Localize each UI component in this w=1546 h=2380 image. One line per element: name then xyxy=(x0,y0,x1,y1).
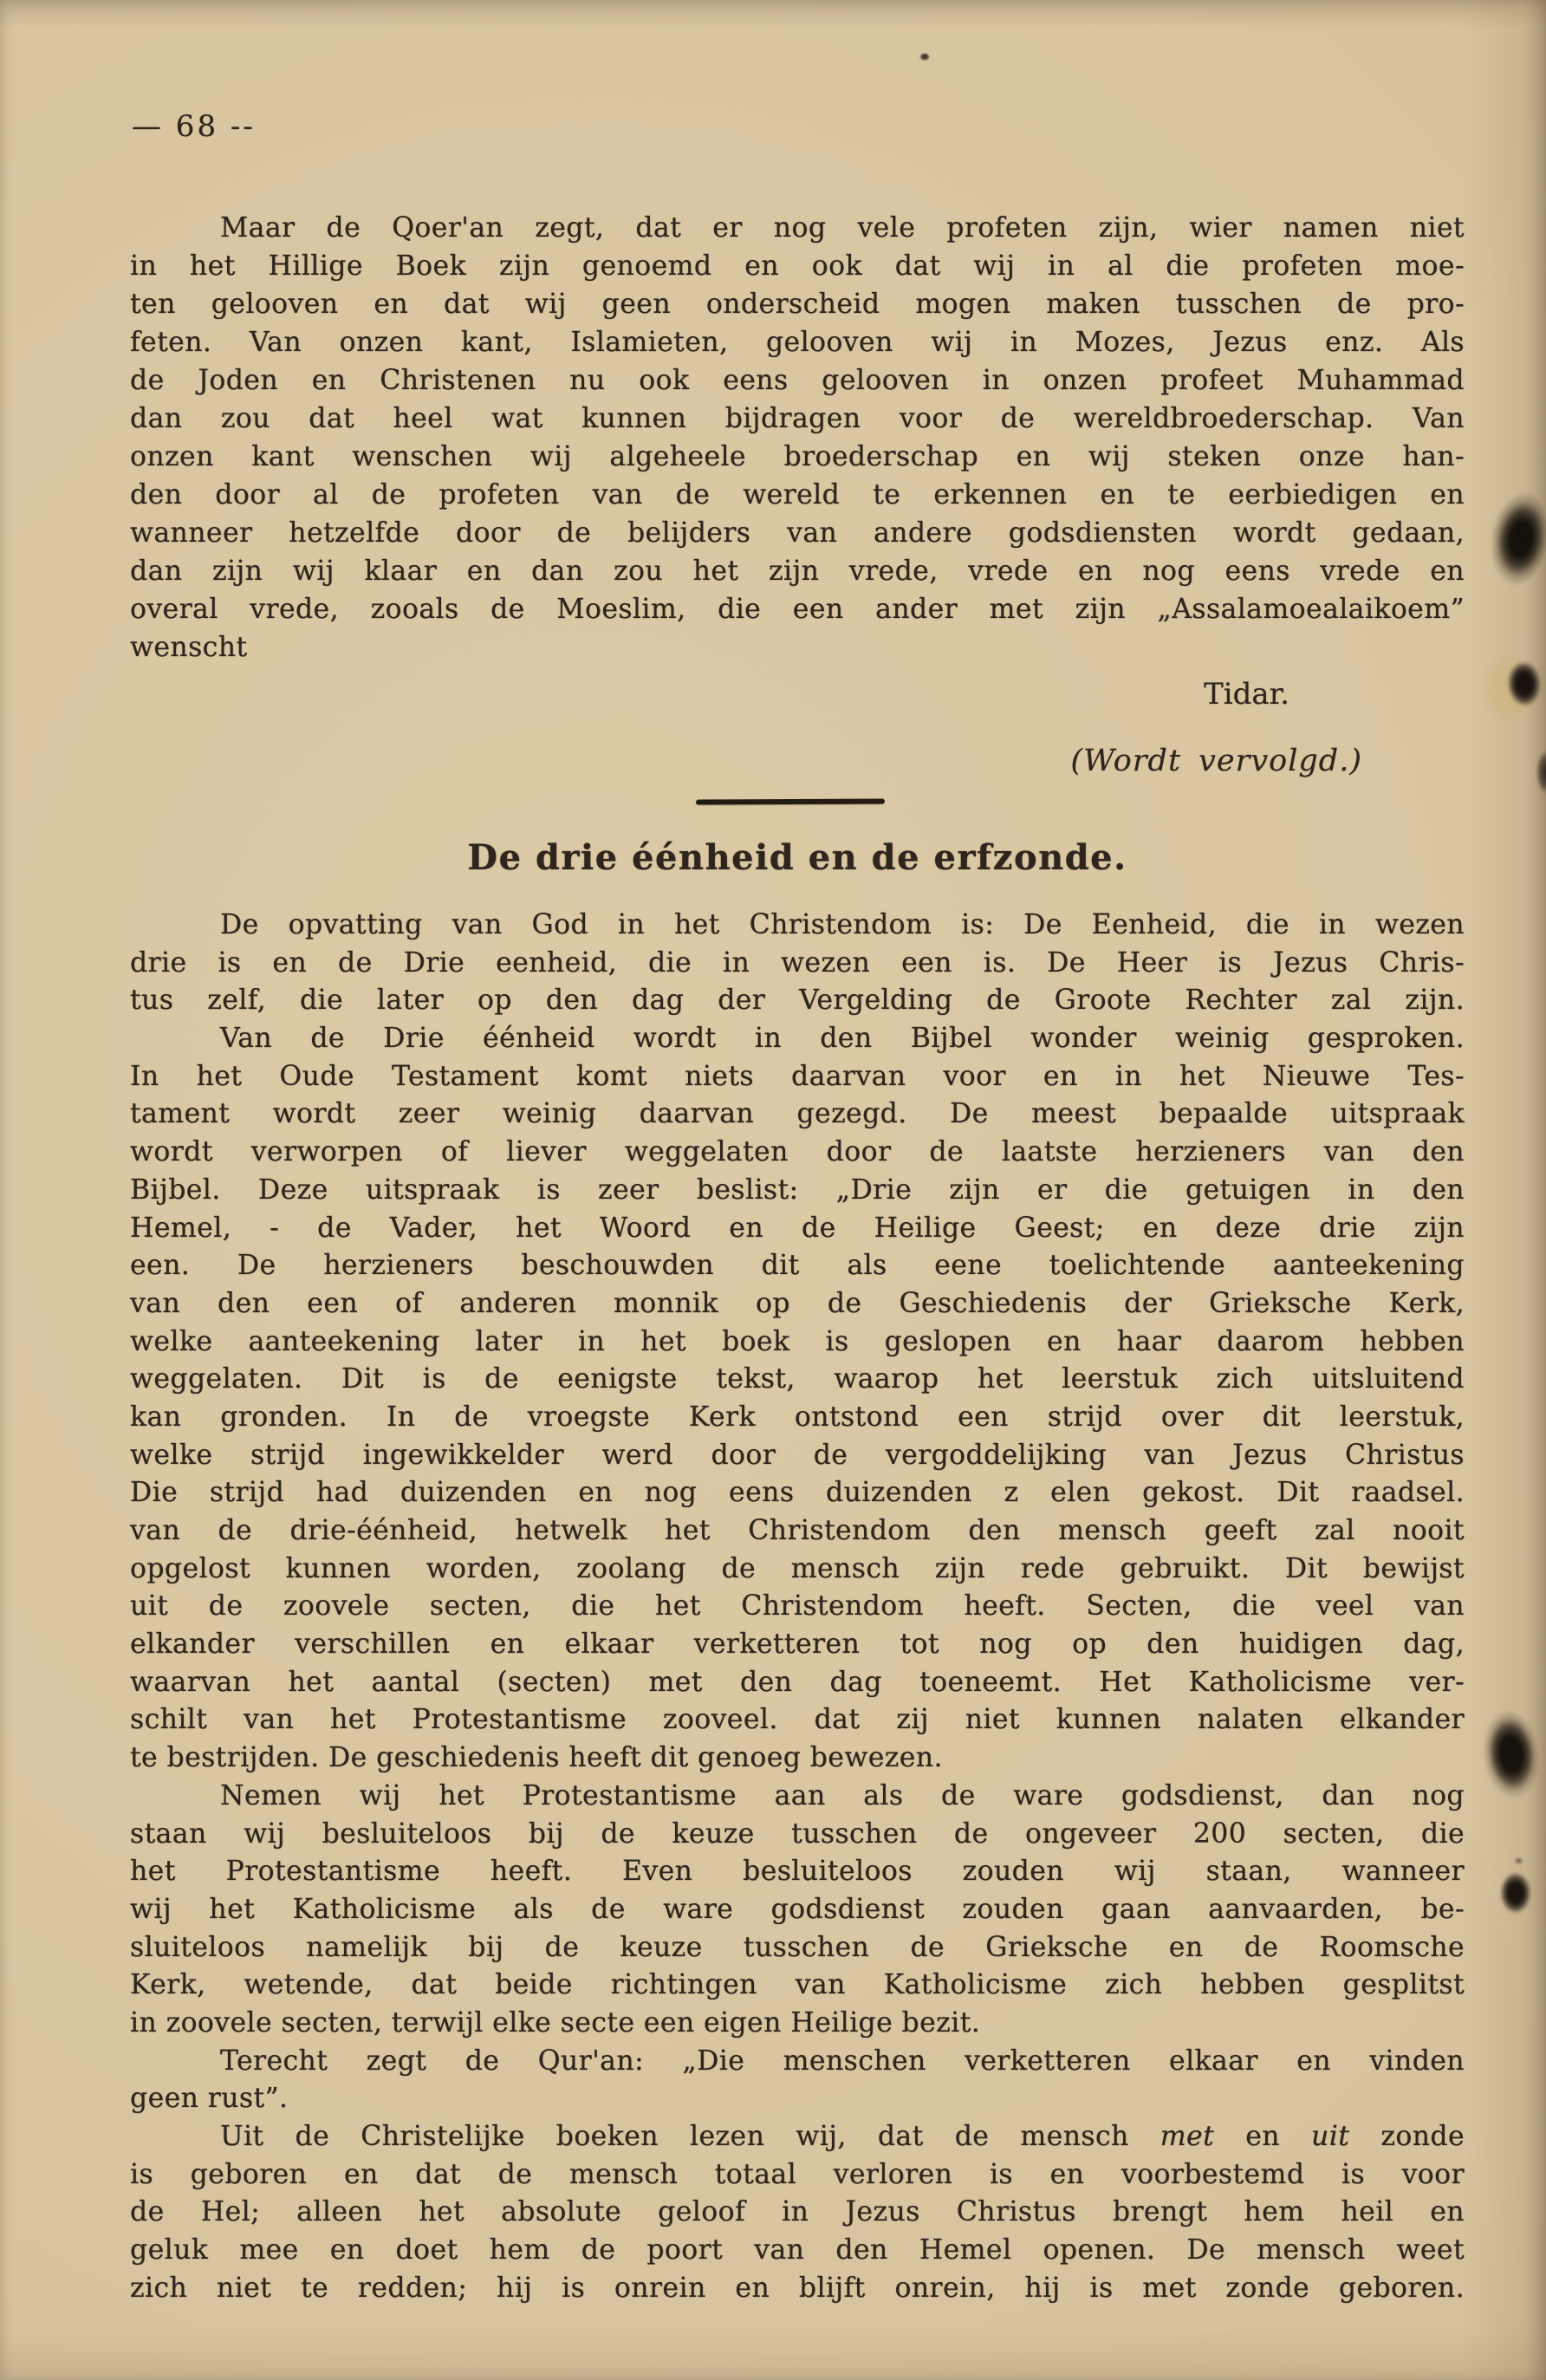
text-line: staan wij besluiteloos bij de keuze tuss… xyxy=(130,1816,1465,1854)
text-line: te bestrijden. De geschiedenis heeft dit… xyxy=(130,1739,1465,1778)
text-line: geen rust”. xyxy=(130,2080,1465,2118)
text-line: in zoovele secten, terwijl elke secte ee… xyxy=(130,2005,1465,2043)
text-line: In het Oude Testament komt niets daarvan… xyxy=(130,1058,1465,1096)
text-line: drie is en de Drie eenheid, die in wezen… xyxy=(130,945,1465,983)
text-line: is geboren en dat de mensch totaal verlo… xyxy=(130,2156,1465,2195)
article-2-body: De opvatting van God in het Christendom … xyxy=(130,907,1465,2307)
text-line: Die strijd had duizenden en nog eens dui… xyxy=(130,1474,1465,1512)
text-line: weggelaten. Dit is de eenigste tekst, wa… xyxy=(130,1361,1465,1399)
text-line: feten. Van onzen kant, Islamieten, geloo… xyxy=(130,323,1465,361)
ink-blot xyxy=(1534,745,1546,799)
italic-word: met xyxy=(1160,2121,1214,2152)
text-line: wij het Katholicisme als de ware godsdie… xyxy=(130,1891,1465,1929)
text-line: van de drie-éénheid, hetwelk het Christe… xyxy=(130,1512,1465,1551)
scanned-page: { "page": { "number": "— 68 --" }, "colo… xyxy=(0,0,1546,2380)
text-line: Terecht zegt de Qur'an: „Die menschen ve… xyxy=(130,2043,1465,2081)
text-line: elkander verschillen en elkaar verketter… xyxy=(130,1626,1465,1664)
paper-speck xyxy=(1513,1857,1524,1865)
text-line: Uit de Christelijke boeken lezen wij, da… xyxy=(130,2118,1465,2156)
ink-blot xyxy=(1480,486,1546,590)
text-line: De opvatting van God in het Christendom … xyxy=(130,907,1465,945)
text-line: tament wordt zeer weinig daarvan gezegd.… xyxy=(130,1096,1465,1134)
text-line: Kerk, wetende, dat beide richtingen van … xyxy=(130,1967,1465,2005)
text-line: de Hel; alleen het absolute geloof in Je… xyxy=(130,2194,1465,2232)
text-line: kan gronden. In de vroegste Kerk ontston… xyxy=(130,1399,1465,1437)
article-1-paragraph: Maar de Qoer'an zegt, dat er nog vele pr… xyxy=(130,209,1465,667)
text-line: een. De herzieners beschouwden dit als e… xyxy=(130,1247,1465,1285)
text-segment: en xyxy=(1214,2121,1311,2152)
text-line: uit de zoovele secten, die het Christend… xyxy=(130,1588,1465,1626)
text-line: in het Hillige Boek zijn genoemd en ook … xyxy=(130,247,1465,285)
text-line: opgelost kunnen worden, zoolang de mensc… xyxy=(130,1551,1465,1589)
text-line: dan zou dat heel wat kunnen bijdragen vo… xyxy=(130,400,1465,438)
text-line: geluk mee en doet hem de poort van den H… xyxy=(130,2232,1465,2270)
text-line: den door al de profeten van de wereld te… xyxy=(130,476,1465,514)
ink-blot xyxy=(1478,1708,1544,1804)
text-line: Nemen wij het Protestantisme aan als de … xyxy=(130,1778,1465,1816)
text-line: van den een of anderen monnik op de Gesc… xyxy=(130,1285,1465,1323)
text-line: wanneer hetzelfde door de belijders van … xyxy=(130,514,1465,552)
section-divider-rule xyxy=(696,798,885,804)
text-line: wordt verworpen of liever weggelaten doo… xyxy=(130,1134,1465,1172)
text-line: Bijbel. Deze uitspraak is zeer beslist: … xyxy=(130,1172,1465,1210)
text-line: Maar de Qoer'an zegt, dat er nog vele pr… xyxy=(130,209,1465,247)
continuation-notice: (Wordt vervolgd.) xyxy=(130,744,1465,778)
author-signature: Tidar. xyxy=(130,677,1465,712)
text-line: wenscht xyxy=(130,628,1465,667)
text-line: het Protestantisme heeft. Even besluitel… xyxy=(130,1853,1465,1891)
text-line: onzen kant wenschen wij algeheele broede… xyxy=(130,438,1465,476)
text-line: welke strijd ingewikkelder werd door de … xyxy=(130,1437,1465,1475)
text-line: de Joden en Christenen nu ook eens geloo… xyxy=(130,361,1465,400)
ink-blot xyxy=(1497,1869,1534,1917)
text-line: zich niet te redden; hij is onrein en bl… xyxy=(130,2270,1465,2308)
text-segment: zonde xyxy=(1349,2121,1465,2152)
text-line: overal vrede, zooals de Moeslim, die een… xyxy=(130,590,1465,628)
text-line: welke aanteekening later in het boek is … xyxy=(130,1323,1465,1362)
paper-speck xyxy=(919,52,931,62)
text-line: waarvan het aantal (secten) met den dag … xyxy=(130,1664,1465,1702)
page-number: — 68 -- xyxy=(132,109,256,144)
italic-word: uit xyxy=(1311,2121,1349,2152)
text-line: ten gelooven en dat wij geen onderscheid… xyxy=(130,285,1465,323)
text-line: schilt van het Protestantisme zooveel. d… xyxy=(130,1701,1465,1739)
text-line: sluiteloos namelijk bij de keuze tussche… xyxy=(130,1929,1465,1967)
text-line: dan zijn wij klaar en dan zou het zijn v… xyxy=(130,552,1465,590)
article-title: De drie éénheid en de erfzonde. xyxy=(130,837,1465,878)
text-segment: Uit de Christelijke boeken lezen wij, da… xyxy=(220,2121,1160,2152)
text-line: Van de Drie éénheid wordt in den Bijbel … xyxy=(130,1020,1465,1058)
text-line: Hemel, - de Vader, het Woord en de Heili… xyxy=(130,1210,1465,1248)
text-line: tus zelf, die later op den dag der Verge… xyxy=(130,982,1465,1020)
